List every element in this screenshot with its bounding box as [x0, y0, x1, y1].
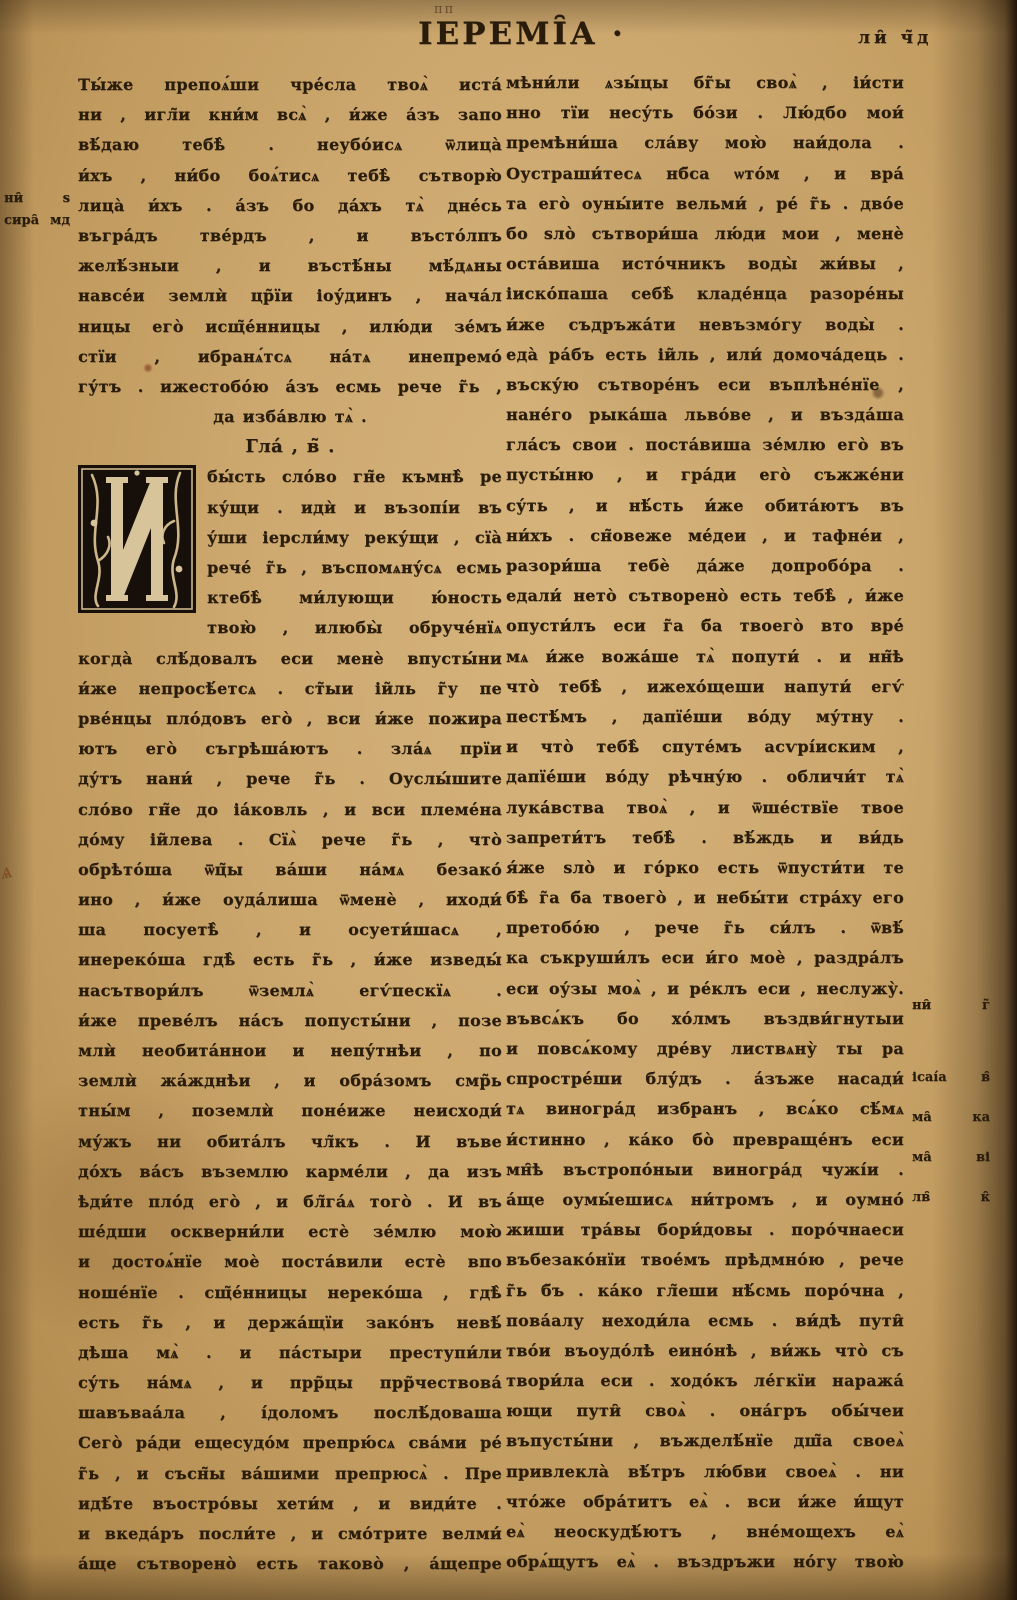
margin-ref-row: ісаі́ав̑ — [912, 1058, 990, 1098]
text-line: млѝ необита́ннои и непу́тнѣи , по — [78, 1036, 502, 1066]
text-line: Ты́же препоѧ́ши чре́сла твоѧ̀ иста́ — [78, 70, 502, 100]
text-line: идѣ́те въостро́вы хети́м , и види́те . — [78, 1489, 502, 1519]
text-line: что̀ тебѣ̀ , ижехо́щеши напути́ егѵ́ — [506, 672, 904, 702]
text-line: г̃ь , и съсн̃ы ва́шими препрюсѧ̀ . Пре — [78, 1459, 502, 1489]
margin-ref-part: к̑ — [981, 1178, 990, 1218]
text-line: насътвори́лъ ѿземлѧ̀ егѵ́пескїѧ . — [78, 976, 502, 1006]
text-line: ни , игл̃и кни́м всѧ̀ , и́же а́зъ запо — [78, 100, 502, 130]
text-line: дапїе́ши во́ду рѣчну́ю . обличи́т тѧ̀ — [506, 762, 904, 792]
text-line: жиши тра́вы бори́довы . поро́чнаеси — [506, 1215, 904, 1245]
text-line: въпусты́ни , въжделѣ́нїе дш̃а своеѧ̀ — [506, 1426, 904, 1456]
text-line: обрѣто́ша ѿц̃ы ва́ши на́мѧ безако́ — [78, 855, 502, 885]
text-line: разори́ша тебѐ да́же допробо́ра . — [506, 551, 904, 581]
text-line: и́же преве́лъ на́съ попусты́ни , позе — [78, 1006, 502, 1036]
text-line: инереко́ша гдѣ̀ есть г̃ь , и́же изведы́ — [78, 945, 502, 975]
text-line: лука́вства твоѧ̀ , и ѿше́ствїе твое — [506, 793, 904, 823]
handwritten-scribble: ѧ — [0, 857, 15, 885]
text-line: претобо́ю , рече г̃ь си́лъ . ѿвѣ́ — [506, 913, 904, 943]
margin-ref-part: ісаі́а — [912, 1058, 947, 1098]
margin-note-right-refs: ісаі́ав̑ма̑кама̑вілв̑к̑ — [912, 1058, 990, 1218]
text-line: ктебѣ̀ ми́лующи ю́ность — [207, 583, 502, 613]
text-line: бы́сть сло́во гн̃е къмнѣ̀ ре — [207, 462, 502, 492]
text-line: премѣни́ша сла́ву мою̀ наи́дола . — [506, 128, 904, 158]
left-column-top-lines: Ты́же препоѧ́ши чре́сла твоѧ̀ иста́ни , … — [78, 70, 502, 402]
text-line: еда̀ ра́бъ есть іи̃ль , или́ домоча́дець… — [506, 340, 904, 370]
text-line: ка съкруши́лъ еси и́го моѐ , раздра́лъ — [506, 943, 904, 973]
text-line: навсе́и землѝ цр̃їи іоу́динъ , нача́л — [78, 281, 502, 311]
text-line: сло́во гн̃е до іа́ковль , и вси племе́на — [78, 795, 502, 825]
margin-note-right-top: ни̑г̃ — [912, 995, 990, 1017]
text-line: ша посуетѣ̀ , и осуети́шасѧ , — [78, 915, 502, 945]
margin-ref-row: сира̑мд — [4, 210, 70, 232]
text-line: мн̑ѣ въстропо́ныи виногра́д чужі́и . — [506, 1155, 904, 1185]
text-line: землѝ жа́жднѣи , и обра́зомъ смр̃ь — [78, 1066, 502, 1096]
text-line: рве́нцы пло́довъ его̀ , вси и́же пожира — [78, 704, 502, 734]
text-line: ку́щи . идѝ и възопі́и въ — [207, 493, 502, 523]
text-line: мѣни́ли ѧзы́цы бг̃ы своѧ̀ , іи́сти — [506, 68, 904, 98]
text-line: твою̀ , илюбы̀ обруче́нїѧ твоего̀ , — [207, 613, 502, 643]
text-line: что́же обра́титъ еѧ̀ . вси и́же и́щут — [506, 1487, 904, 1517]
text-line: су́ть , и нѣ́сть и́же обита́ютъ въ — [506, 491, 904, 521]
text-line: бѣ̀ г̃а б̃а твоего̀ , и небы́ти стра́ху … — [506, 883, 904, 913]
drop-cap-initial — [78, 465, 196, 613]
text-line: ютъ его̀ съгрѣша́ютъ . зла́ѧ прїи — [78, 734, 502, 764]
text-line: и́же непросѣ́етсѧ . ст̃ыи іи̃ль г̃у пе — [78, 674, 502, 704]
margin-ref-part: сира̑ — [4, 210, 39, 232]
text-line: ино , и́же оуда́лиша ѿменѐ , иходи́ — [78, 885, 502, 915]
text-line: до́хъ ва́съ въземлю карме́ли , да изъ — [78, 1157, 502, 1187]
text-line: іиско́паша себѣ̀ кладе́нца разоре́ны — [506, 279, 904, 309]
text-line: и́же съдръжа́ти невъзмо́гу воды̀ . — [506, 310, 904, 340]
margin-ref-row: ма̑ві — [912, 1138, 990, 1178]
text-line: есть г̃ь , и держа́щїи зако́нъ невѣ́ — [78, 1308, 502, 1338]
text-line: су́ть на́мѧ , и прр̃цы прр̃чествова́ — [78, 1368, 502, 1398]
text-line: гла́съ свои . поста́виша зе́млю его̀ въ — [506, 430, 904, 460]
margin-ref-part: лв̑ — [912, 1178, 930, 1218]
text-line: я́же ѕло̀ и го́рко есть ѿпусти́ти те — [506, 853, 904, 883]
chapter-body: бы́сть сло́во гн̃е къмнѣ̀ реку́щи . идѝ … — [78, 462, 502, 1579]
text-line: му́жъ ни обита́лъ чл̃къ . И въве — [78, 1127, 502, 1157]
text-line: и вкеда́ръ посли́те , и смо́трите велми́ — [78, 1519, 502, 1549]
text-line: желѣ́зныи , и въстѣ́ны мѣ́дѧны — [78, 251, 502, 281]
text-line: пестѣ́мъ , дапїе́ши во́ду му́тну . — [506, 702, 904, 732]
text-line: и́стинно , ка́ко бо̀ превраще́нъ еси — [506, 1125, 904, 1155]
text-line: обрѧ́щутъ еѧ̀ . въздръжи но́гу твою̀ — [506, 1547, 904, 1577]
text-line: спростре́ши блу́дъ . а́зъже насади́ — [506, 1064, 904, 1094]
margin-ref-row: ма̑ка — [912, 1098, 990, 1138]
folio-number: ли̑ ч̃д — [858, 28, 932, 48]
text-line: ни́хъ . сн̃овеже ме́деи , и тафне́и , — [506, 521, 904, 551]
text-line: едали́ нето̀ сътворено̀ есть тебѣ̀ , и́ж… — [506, 581, 904, 611]
text-line: ѣди́те пло́д его̀ , и бл̃га́ѧ того̀ . И … — [78, 1187, 502, 1217]
text-line: и повсѧ́кому дре́ву листвѧну̀ ты ра — [506, 1034, 904, 1064]
text-line: и́хъ , ни́бо боѧ́тисѧ тебѣ̀ сътворю̀ — [78, 161, 502, 191]
margin-ref-part: ві — [976, 1138, 990, 1178]
right-column: мѣни́ли ѧзы́цы бг̃ы своѧ̀ , іи́стинно тї… — [506, 68, 904, 1577]
text-line: вѣ́даю тебѣ̀ . неубо́исѧ ѿлица̀ — [78, 130, 502, 160]
text-line: и достоѧ́нїе моѐ поста́вили естѐ впо — [78, 1247, 502, 1277]
text-line: ницы его̀ исщ̃е́нницы , илю́ди зе́мъ — [78, 312, 502, 342]
margin-ref-part: г̃ — [982, 995, 990, 1017]
margin-ref-part: ни̑ — [4, 188, 23, 210]
text-line: привлекла̀ вѣ́тръ лю́бви своеѧ̀ . ни — [506, 1457, 904, 1487]
text-line: лица̀ и́хъ . а́зъ бо да́хъ тѧ̀ дне́сь — [78, 191, 502, 221]
left-column: Ты́же препоѧ́ши чре́сла твоѧ̀ иста́ни , … — [78, 70, 502, 1579]
left-column-body-lines: бы́сть сло́во гн̃е къмнѣ̀ реку́щи . идѝ … — [78, 462, 502, 1579]
text-line: тѧ виногра́д избранъ , всѧ́ко сѣ́мѧ — [506, 1094, 904, 1124]
text-line: опусти́лъ еси г̃а б̃а твоего̀ вто вре́ — [506, 611, 904, 641]
text-line: мѧ и́же вожа́ше тѧ̀ попути́ . и нн̃ѣ — [506, 642, 904, 672]
margin-ref-part: ѕ — [63, 188, 70, 210]
text-line: у́ши іерсли́му реку́щи , сїа̀ — [207, 523, 502, 553]
right-column-lines: мѣни́ли ѧзы́цы бг̃ы своѧ̀ , іи́стинно тї… — [506, 68, 904, 1577]
text-line: дѣша мѧ̀ . и па́стыри преступи́ли — [78, 1338, 502, 1368]
text-line: тво́и въоудо́лѣ еино́нѣ , ви́жь что̀ съ — [506, 1336, 904, 1366]
text-line: ющи пути̑ своѧ̀ . она́гръ обы́чеи — [506, 1396, 904, 1426]
text-line: та его̀ оуны́ите вельми́ , ре́ г̃ь . дво… — [506, 189, 904, 219]
text-line: ду́тъ нани́ , рече г̃ь . Оуслы́шите — [78, 764, 502, 794]
text-line: стїи , ибранѧ́тсѧ на́тѧ инепремо́ — [78, 342, 502, 372]
margin-ref-row: ни̑ѕ — [4, 188, 70, 210]
text-line: въбезако́нїи твое́мъ прѣдмно́ю , рече — [506, 1245, 904, 1275]
margin-ref-part: мд — [50, 210, 70, 232]
text-line: до́му іи̃лева . Сїѧ̀ рече г̃ь , что̀ — [78, 825, 502, 855]
margin-ref-row: ни̑г̃ — [912, 995, 990, 1017]
text-line: когда̀ слѣ́довалъ еси менѐ впусты́ни — [78, 644, 502, 674]
drop-cap-ornament-icon — [78, 465, 196, 613]
text-line: г̃ь б̃ъ . ка́ко гл̃еши нѣ́смь поро́чна , — [506, 1276, 904, 1306]
verse-end-line: да изба́влю тѧ̀ . — [78, 402, 502, 432]
text-line: въску́ю сътворе́нъ еси въплѣне́нїе , — [506, 370, 904, 400]
text-line: а́ще сътворено̀ есть таково̀ , а́щепре — [78, 1549, 502, 1579]
text-line: пова́алу неходи́ла есмь . ви́дѣ пути̑ — [506, 1306, 904, 1336]
text-line: и что̀ тебѣ̀ спуте́мъ асѵрі́иским , — [506, 732, 904, 762]
text-line: а́ще оумы́ешисѧ ни́тромъ , и оумно́ — [506, 1185, 904, 1215]
chapter-heading: Гла́ , в̃ . — [78, 432, 502, 462]
text-line: Сего̀ ра́ди ещесудо́м препрю́сѧ сва́ми р… — [78, 1428, 502, 1458]
text-line: твори́ла еси . ходо́къ ле́гкїи наража́ — [506, 1366, 904, 1396]
margin-ref-row: лв̑к̑ — [912, 1178, 990, 1218]
margin-note-left: ни̑ѕсира̑мд — [4, 188, 70, 232]
text-line: ноше́нїе . сщ̃е́нницы нереко́ша , гдѣ̀ — [78, 1278, 502, 1308]
text-line: бо ѕло̀ сътвори́ша лю́ди мои , менѐ — [506, 219, 904, 249]
margin-ref-part: ка — [972, 1098, 990, 1138]
ink-smudge: пп — [434, 2, 455, 17]
text-line: пусты́ню , и гра́ди его̀ съжже́ни — [506, 460, 904, 490]
text-line: въвсѧ́къ бо хо́лмъ въздви́гнутыи — [506, 1004, 904, 1034]
text-line: рече́ г̃ь , въспомѧну́сѧ есмь — [207, 553, 502, 583]
text-line: въгра́дъ тве́рдъ , и въсто́лпъ — [78, 221, 502, 251]
text-line: оста́виша исто́чникъ воды̀ жи́вы , — [506, 249, 904, 279]
text-line: еси оу́зы моѧ̀ , и ре́клъ еси , неслужу̀… — [506, 974, 904, 1004]
page-title: ІЕРЕМІ̑А · — [418, 16, 626, 52]
text-line: гу́тъ . ижестобо́ю а́зъ есмь рече г̃ь , — [78, 372, 502, 402]
margin-ref-part: ма̑ — [912, 1138, 932, 1178]
margin-ref-part: ни̑ — [912, 995, 931, 1017]
margin-ref-part: ма̑ — [912, 1098, 932, 1138]
text-line: ше́дши оскверни́ли естѐ зе́млю мою̀ — [78, 1217, 502, 1247]
text-line: нане́го рыка́ша льво́ве , и възда́ша — [506, 400, 904, 430]
text-line: Оустраши́тесѧ нб̃са ѡто́м , и вра́ — [506, 159, 904, 189]
text-line: нно тїи несу́ть бо́зи . Лю́дбо мои́ — [506, 98, 904, 128]
text-line: запрети́тъ тебѣ̀ . вѣ́ждь и ви́дь — [506, 823, 904, 853]
text-line: шавъваа́ла , і́доломъ послѣ́доваша — [78, 1398, 502, 1428]
text-line: тны́м , поземлѝ поне́иже неисходи́ — [78, 1096, 502, 1126]
text-line: еѧ̀ неоскудѣ́ютъ , вне́мощехъ еѧ̀ — [506, 1517, 904, 1547]
book-page: пп ІЕРЕМІ̑А · ли̑ ч̃д ни̑ѕсира̑мд ѧ ни̑г… — [0, 0, 1017, 1600]
margin-ref-part: в̑ — [981, 1058, 990, 1098]
